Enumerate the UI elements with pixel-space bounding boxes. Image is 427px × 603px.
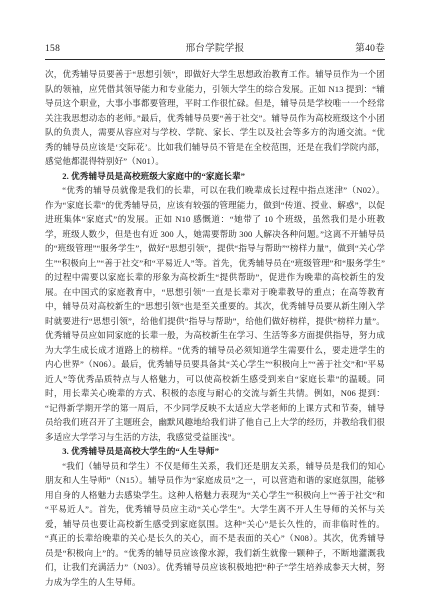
journal-page: 158 邢台学院学报 第40卷 次，优秀辅导员要善于“思想引领”，即做好大学生思… bbox=[0, 0, 427, 603]
paragraph-continuation: 次，优秀辅导员要善于“思想引领”，即做好大学生思想政治教育工作。辅导员作为一个团… bbox=[45, 67, 385, 169]
paragraph-section-3: “我们（辅导员和学生）不仅是师生关系，我们还是朋友关系，辅导员是我们的知心朋友和… bbox=[45, 459, 385, 590]
page-header: 158 邢台学院学报 第40卷 bbox=[45, 40, 385, 60]
paragraph-section-2: “优秀的辅导员就像是我们的长辈，可以在我们晚辈成长过程中指点迷津”（N02）。作… bbox=[45, 183, 385, 444]
article-body: 次，优秀辅导员要善于“思想引领”，即做好大学生思想政治教育工作。辅导员作为一个团… bbox=[45, 67, 385, 589]
journal-title: 邢台学院学报 bbox=[186, 40, 245, 54]
volume-label: 第40卷 bbox=[244, 40, 385, 54]
page-number: 158 bbox=[45, 44, 186, 54]
section-heading-2: 2. 优秀辅导员是高校班级大家庭中的“家庭长辈” bbox=[45, 169, 385, 184]
section-heading-3: 3. 优秀辅导员是高校大学生的“人生导师” bbox=[45, 444, 385, 459]
